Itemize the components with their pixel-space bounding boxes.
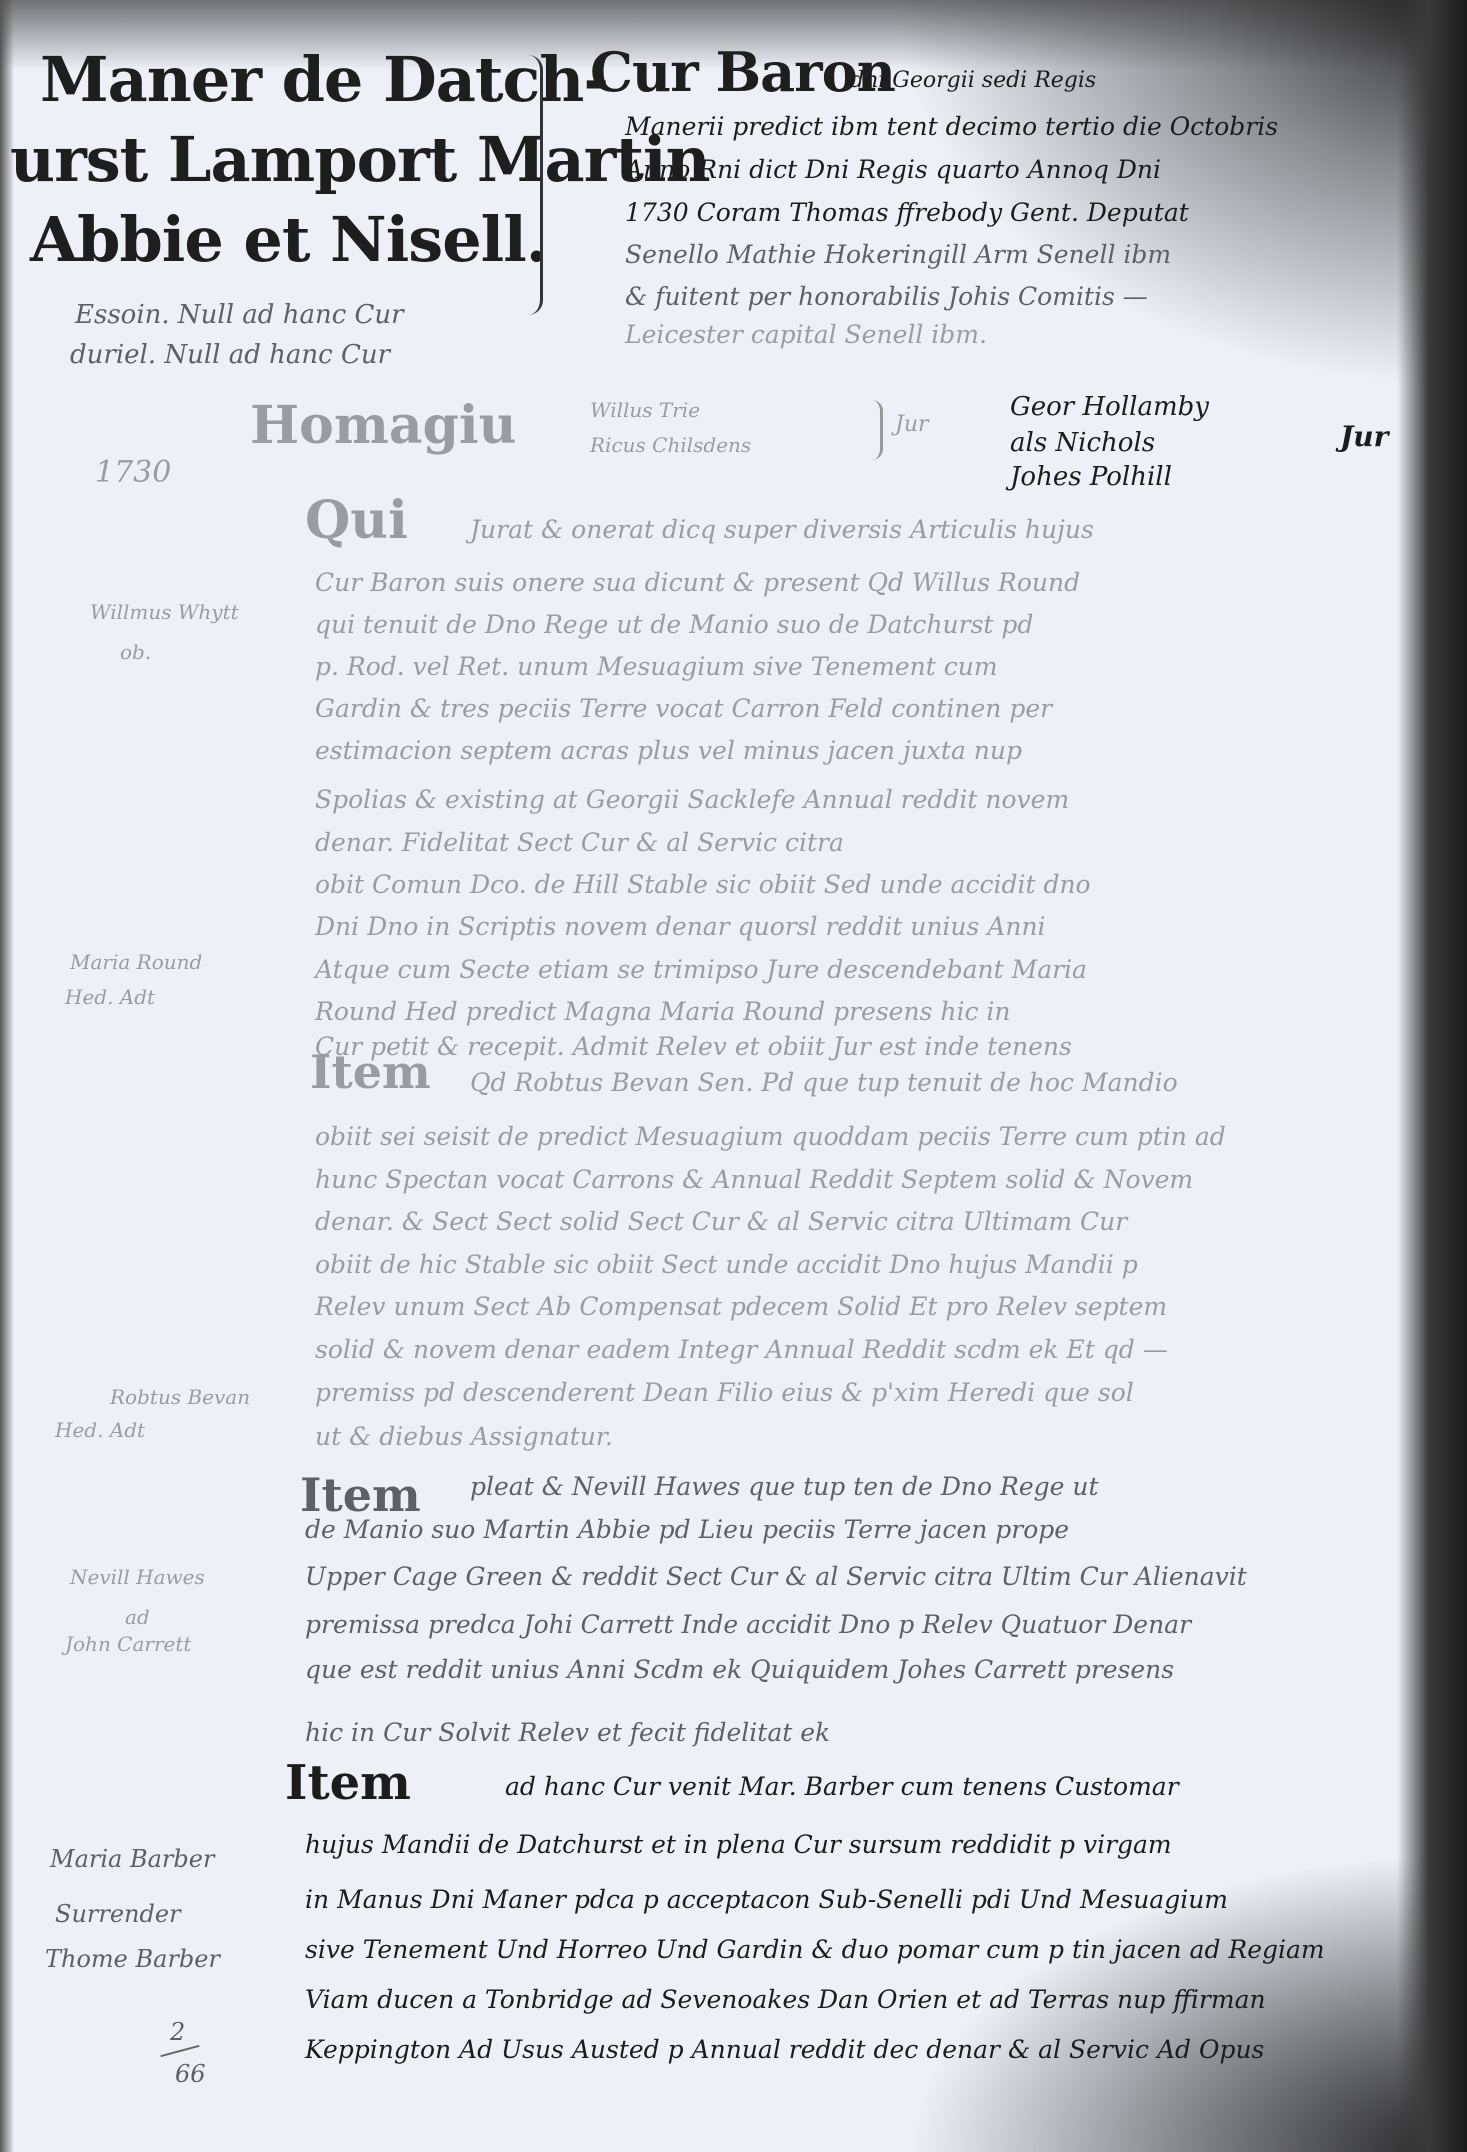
court-intro-line: Leicester capital Senell ibm. — [625, 320, 987, 349]
scan-shadow-left — [0, 0, 14, 2152]
title-bracket — [528, 55, 543, 315]
margin-note: Hed. Adt — [65, 985, 155, 1009]
text-line: Spolias & existing at Georgii Sacklefe A… — [315, 785, 1069, 814]
court-intro-line: Anno Rni dict Dni Regis quarto Annoq Dni — [625, 155, 1161, 184]
margin-note: Robtus Bevan — [110, 1385, 250, 1409]
folio-denominator: 66 — [175, 2060, 206, 2088]
juror-name: Willus Trie — [590, 398, 700, 422]
text-line: Qd Robtus Bevan Sen. Pd que tup tenuit d… — [470, 1068, 1178, 1097]
text-line: Keppington Ad Usus Austed p Annual reddi… — [305, 2035, 1264, 2064]
folio-divider — [160, 2045, 199, 2057]
juror-name: Geor Hollamby — [1010, 392, 1209, 422]
text-line: Dni Dno in Scriptis novem denar quorsl r… — [315, 912, 1046, 941]
text-line: premiss pd descenderent Dean Filio eius … — [315, 1378, 1134, 1407]
text-line: Viam ducen a Tonbridge ad Sevenoakes Dan… — [305, 1985, 1266, 2014]
text-line: p. Rod. vel Ret. unum Mesuagium sive Ten… — [315, 652, 998, 681]
text-line: obit Comun Dco. de Hill Stable sic obiit… — [315, 870, 1091, 899]
essoin-line: duriel. Null ad hanc Cur — [70, 340, 390, 370]
text-line: solid & novem denar eadem Integr Annual … — [315, 1335, 1168, 1364]
juror-name: Ricus Chilsdens — [590, 433, 751, 457]
text-line: obiit de hic Stable sic obiit Sect unde … — [315, 1250, 1138, 1279]
text-line: obiit sei seisit de predict Mesuagium qu… — [315, 1122, 1226, 1151]
text-line: denar. Fidelitat Sect Cur & al Servic ci… — [315, 828, 844, 857]
homage-label: Homagiu — [250, 395, 516, 456]
text-line: Atque cum Secte etiam se trimipso Jure d… — [315, 955, 1087, 984]
section-label-item: Item — [285, 1755, 411, 1811]
margin-note: Maria Round — [70, 950, 202, 974]
text-line: denar. & Sect Sect solid Sect Cur & al S… — [315, 1207, 1127, 1236]
court-intro-line: dni Georgii sedi Regis — [850, 68, 1096, 93]
margin-note: Hed. Adt — [55, 1418, 145, 1442]
juror-bracket-left — [872, 400, 883, 460]
manor-title-line: Abbie et Nisell. — [30, 200, 710, 280]
text-line: de Manio suo Martin Abbie pd Lieu peciis… — [305, 1515, 1069, 1544]
section-label-qui: Qui — [305, 490, 408, 551]
text-line: ut & diebus Assignatur. — [315, 1422, 613, 1451]
text-line: sive Tenement Und Horreo Und Gardin & du… — [305, 1935, 1325, 1964]
text-line: hujus Mandii de Datchurst et in plena Cu… — [305, 1830, 1172, 1859]
text-line: premissa predca Johi Carrett Inde accidi… — [305, 1610, 1191, 1639]
text-line: pleat & Nevill Hawes que tup ten de Dno … — [470, 1472, 1099, 1501]
scan-shadow-right — [1397, 0, 1467, 2152]
folio-numerator: 2 — [170, 2018, 185, 2046]
margin-note: Surrender — [55, 1900, 181, 1928]
margin-note: ob. — [120, 640, 151, 664]
text-line: Gardin & tres peciis Terre vocat Carron … — [315, 694, 1052, 723]
text-line: Jurat & onerat dicq super diversis Artic… — [470, 515, 1094, 544]
court-intro-line: Manerii predict ibm tent decimo tertio d… — [625, 112, 1278, 141]
court-intro-line: Senello Mathie Hokeringill Arm Senell ib… — [625, 240, 1171, 269]
margin-note: ad — [125, 1605, 150, 1629]
juror-name: Johes Polhill — [1010, 462, 1172, 492]
text-line: estimacion septem acras plus vel minus j… — [315, 736, 1022, 765]
margin-note: Thome Barber — [45, 1945, 220, 1973]
text-line: que est reddit unius Anni Scdm ek Quiqui… — [305, 1655, 1174, 1684]
text-line: Cur Baron suis onere sua dicunt & presen… — [315, 568, 1080, 597]
margin-note: John Carrett — [65, 1632, 191, 1656]
text-line: in Manus Dni Maner pdca p acceptacon Sub… — [305, 1885, 1228, 1914]
section-label-item: Item — [300, 1468, 421, 1522]
text-line: qui tenuit de Dno Rege ut de Manio suo d… — [315, 610, 1033, 639]
essoin-line: Essoin. Null ad hanc Cur — [75, 300, 404, 330]
manor-title-line: urst Lamport Martin — [10, 120, 710, 200]
margin-note: Willmus Whytt — [90, 600, 239, 624]
text-line: hic in Cur Solvit Relev et fecit fidelit… — [305, 1718, 830, 1747]
margin-note: Nevill Hawes — [70, 1565, 205, 1589]
text-line: ad hanc Cur venit Mar. Barber cum tenens… — [505, 1772, 1179, 1801]
section-label-item: Item — [310, 1045, 431, 1099]
sworn-mark: Jur — [895, 412, 929, 437]
court-intro-line: 1730 Coram Thomas ffrebody Gent. Deputat — [625, 198, 1189, 227]
text-line: Upper Cage Green & reddit Sect Cur & al … — [305, 1562, 1247, 1591]
homage-year: 1730 — [95, 455, 171, 490]
text-line: hunc Spectan vocat Carrons & Annual Redd… — [315, 1165, 1193, 1194]
margin-note: Maria Barber — [50, 1845, 214, 1873]
sworn-mark: Jur — [1340, 420, 1388, 453]
text-line: Round Hed predict Magna Maria Round pres… — [315, 997, 1011, 1026]
juror-name: als Nichols — [1010, 428, 1155, 458]
court-intro-line: & fuitent per honorabilis Johis Comitis … — [625, 282, 1148, 311]
text-line: Relev unum Sect Ab Compensat pdecem Soli… — [315, 1292, 1167, 1321]
